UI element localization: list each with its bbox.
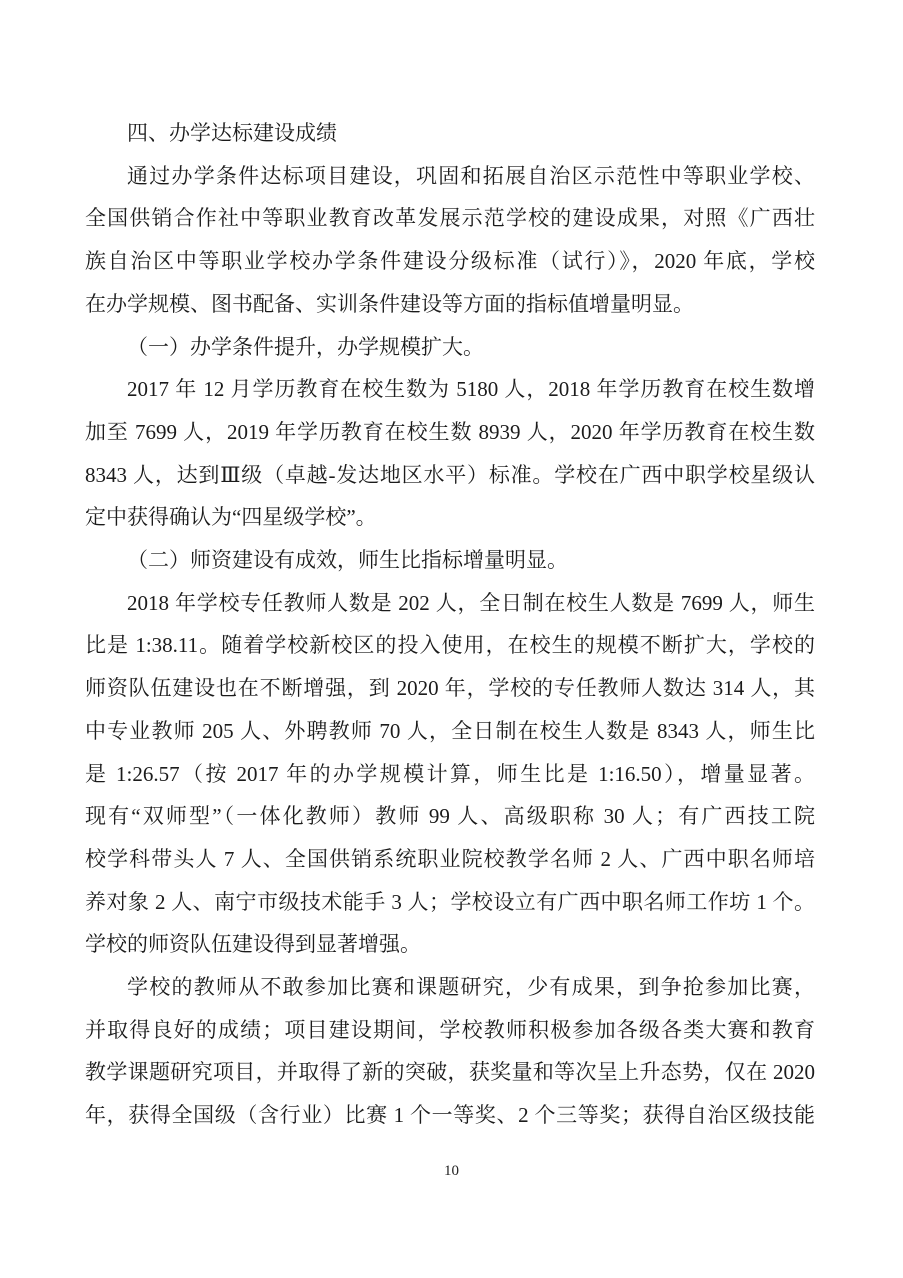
text-line: 师资队伍建设也在不断增强，到 2020 年，学校的专任教师人数达 314 人，其 xyxy=(85,667,815,710)
text-line: 校学科带头人 7 人、全国供销系统职业院校教学名师 2 人、广西中职名师培 xyxy=(85,838,815,881)
text-line: 年，获得全国级（含行业）比赛 1 个一等奖、2 个三等奖；获得自治区级技能 xyxy=(85,1094,815,1137)
page-number: 10 xyxy=(0,1163,903,1180)
text-line: 并取得良好的成绩；项目建设期间，学校教师积极参加各级各类大赛和教育 xyxy=(85,1009,815,1052)
document-page: 四、办学达标建设成绩通过办学条件达标项目建设，巩固和拓展自治区示范性中等职业学校… xyxy=(0,0,903,1278)
text-line: （二）师资建设有成效，师生比指标增量明显。 xyxy=(85,539,815,582)
text-line: 养对象 2 人、南宁市级技术能手 3 人；学校设立有广西中职名师工作坊 1 个。 xyxy=(85,881,815,924)
text-line: 族自治区中等职业学校办学条件建设分级标准（试行）》，2020 年底，学校 xyxy=(85,240,815,283)
text-line: 现有“双师型”（一体化教师）教师 99 人、高级职称 30 人；有广西技工院 xyxy=(85,795,815,838)
text-line: 全国供销合作社中等职业教育改革发展示范学校的建设成果，对照《广西壮 xyxy=(85,197,815,240)
text-line: 中专业教师 205 人、外聘教师 70 人，全日制在校生人数是 8343 人，师… xyxy=(85,710,815,753)
text-line: 比是 1:38.11。随着学校新校区的投入使用，在校生的规模不断扩大，学校的 xyxy=(85,624,815,667)
text-line: 8343 人，达到Ⅲ级（卓越-发达地区水平）标准。学校在广西中职学校星级认 xyxy=(85,454,815,497)
text-line: 学校的师资队伍建设得到显著增强。 xyxy=(85,923,815,966)
text-line: 教学课题研究项目，并取得了新的突破，获奖量和等次呈上升态势，仅在 2020 xyxy=(85,1051,815,1094)
text-line: 2017 年 12 月学历教育在校生数为 5180 人，2018 年学历教育在校… xyxy=(85,368,815,411)
text-line: 加至 7699 人，2019 年学历教育在校生数 8939 人，2020 年学历… xyxy=(85,411,815,454)
text-line: 2018 年学校专任教师人数是 202 人，全日制在校生人数是 7699 人，师… xyxy=(85,582,815,625)
document-body: 四、办学达标建设成绩通过办学条件达标项目建设，巩固和拓展自治区示范性中等职业学校… xyxy=(85,112,815,1137)
text-line: 四、办学达标建设成绩 xyxy=(85,112,815,155)
text-line: 是 1:26.57（按 2017 年的办学规模计算，师生比是 1:16.50），… xyxy=(85,753,815,796)
text-line: （一）办学条件提升，办学规模扩大。 xyxy=(85,326,815,369)
text-line: 通过办学条件达标项目建设，巩固和拓展自治区示范性中等职业学校、 xyxy=(85,155,815,198)
text-line: 定中获得确认为“四星级学校”。 xyxy=(85,496,815,539)
text-line: 在办学规模、图书配备、实训条件建设等方面的指标值增量明显。 xyxy=(85,283,815,326)
text-line: 学校的教师从不敢参加比赛和课题研究，少有成果，到争抢参加比赛， xyxy=(85,966,815,1009)
